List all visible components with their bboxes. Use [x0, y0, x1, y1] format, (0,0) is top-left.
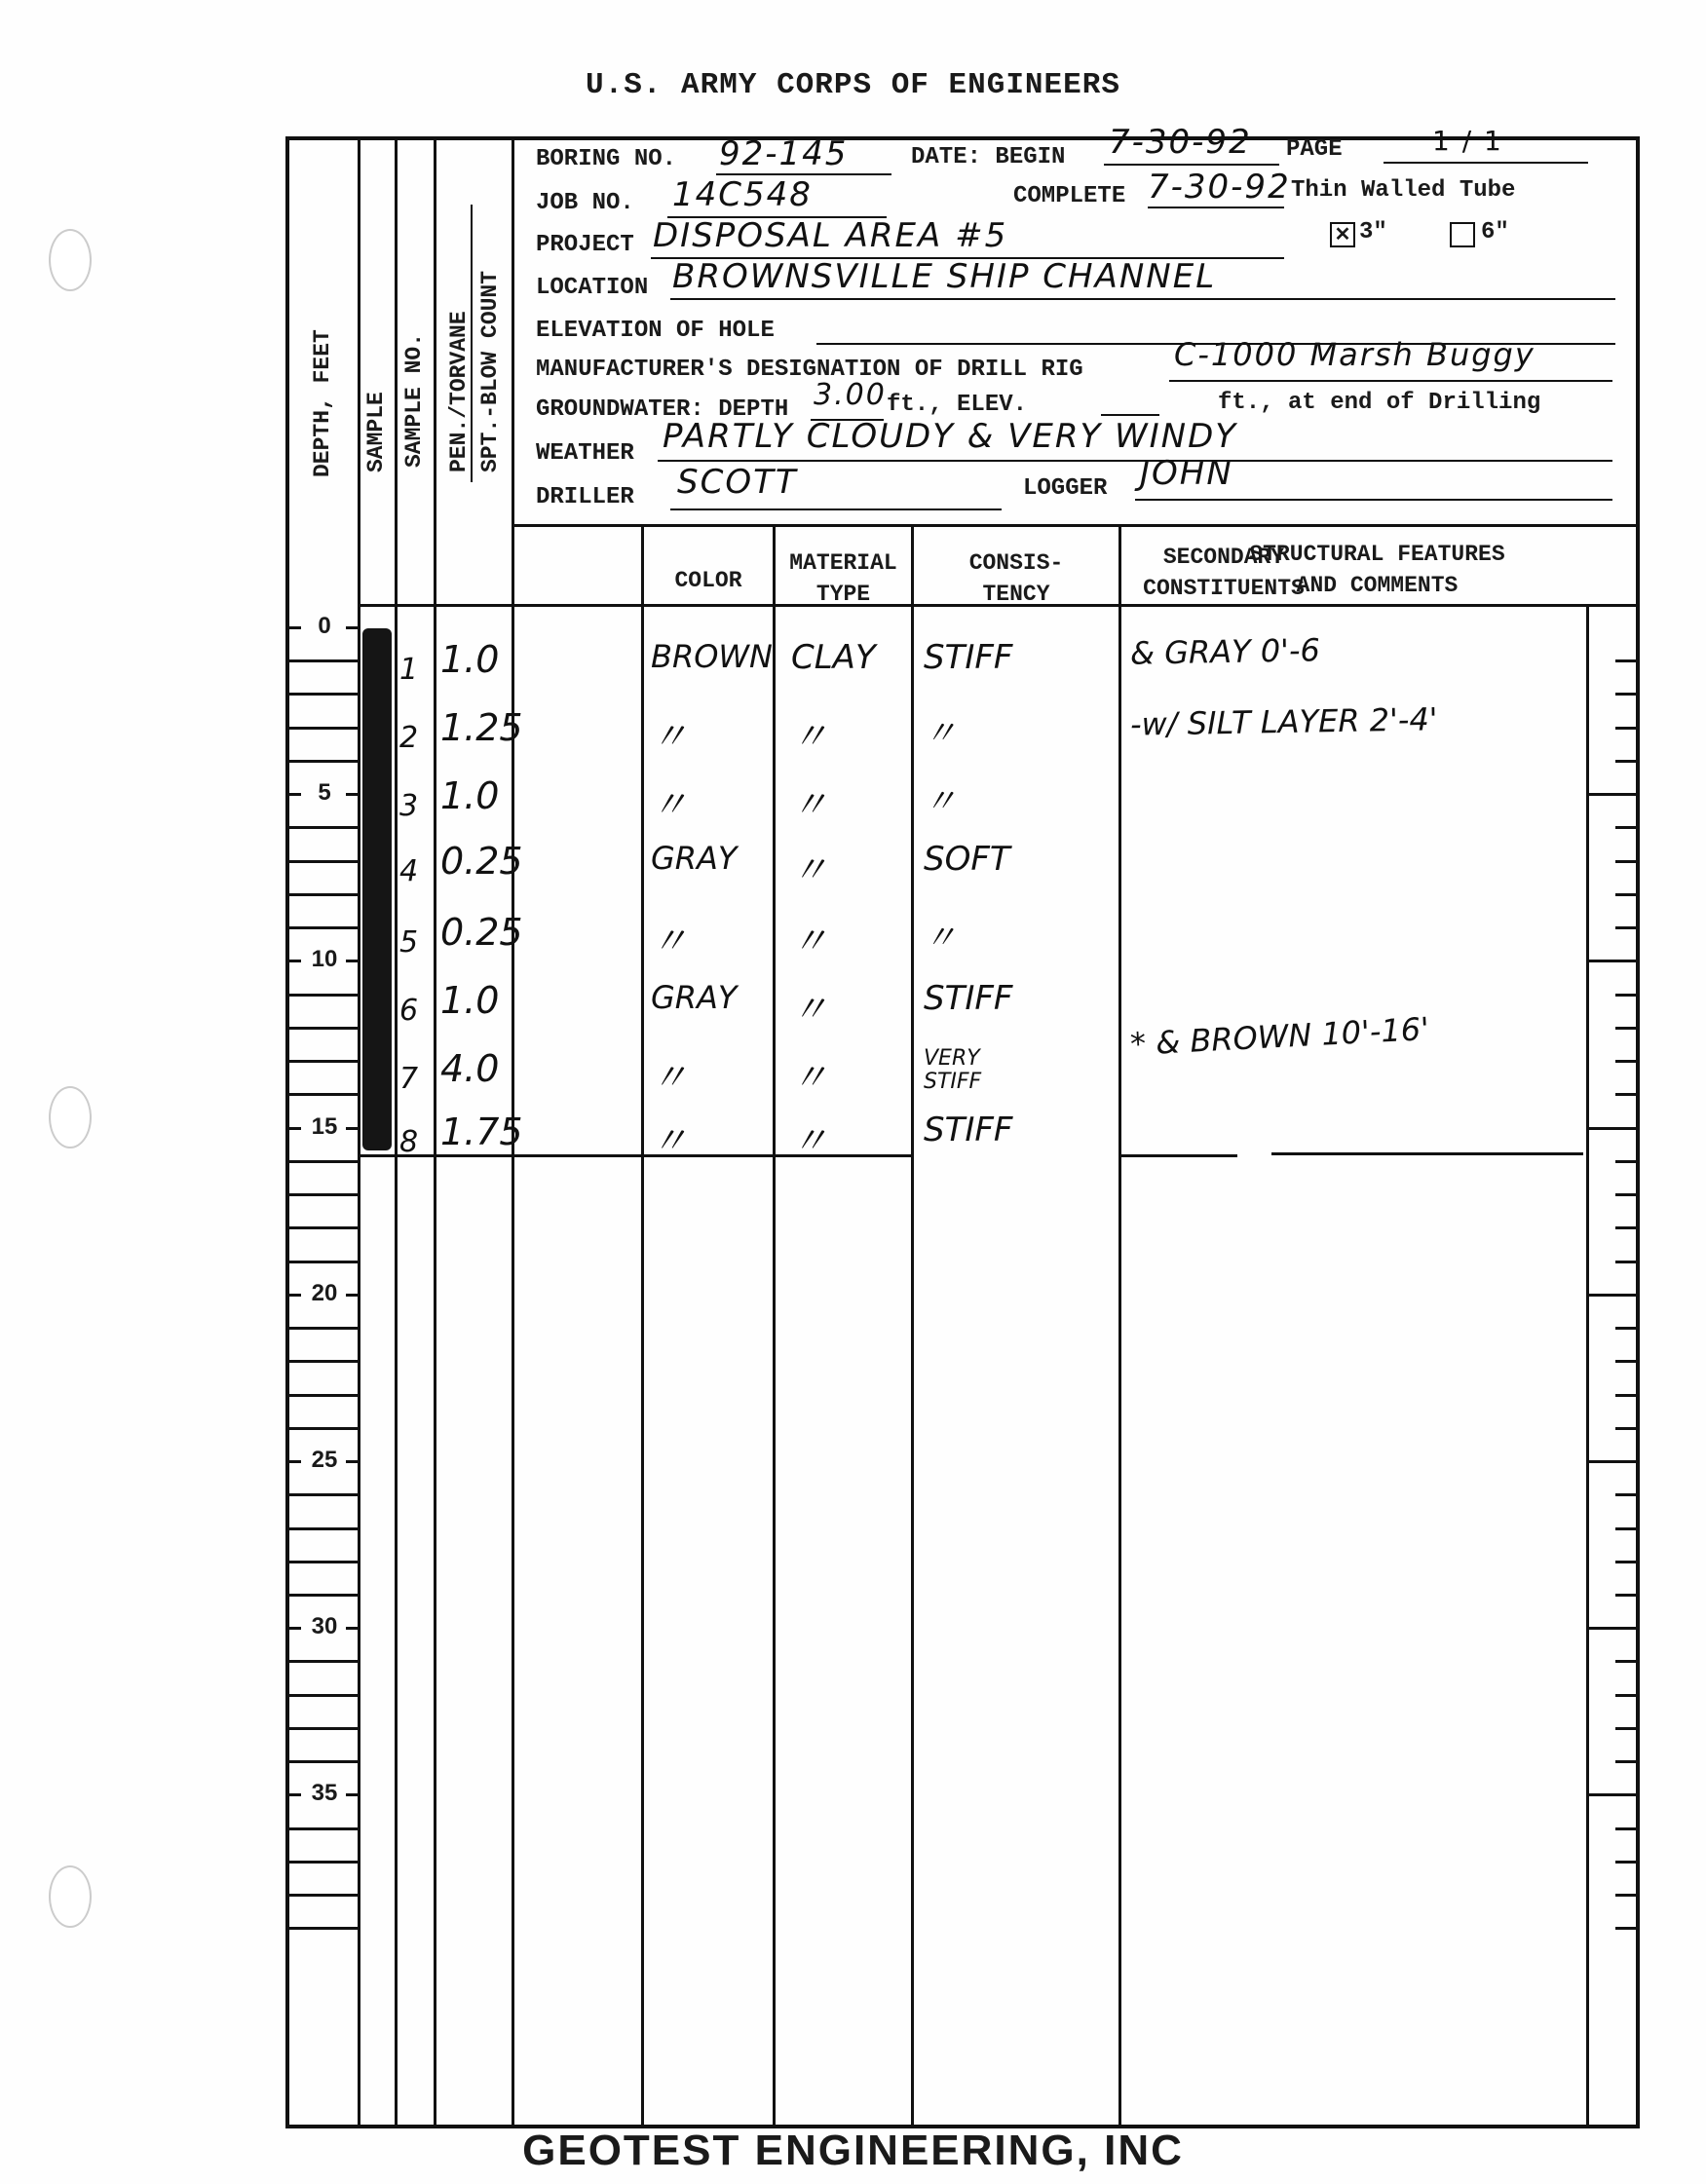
material-value: 〃: [791, 706, 828, 760]
right-scale-tick: [1615, 826, 1637, 829]
col-header-consistency: CONSIS-TENCY: [914, 547, 1118, 610]
right-scale-tick: [1615, 1193, 1637, 1196]
pen-value: 1.0: [440, 979, 499, 1022]
tick-mark: [346, 1460, 358, 1463]
tick-mark: [289, 960, 301, 962]
consistency-value: 〃: [924, 774, 957, 822]
fraction-bar: [471, 205, 473, 482]
weather-value[interactable]: PARTLY CLOUDY & VERY WINDY: [663, 417, 1237, 456]
material-value: 〃: [791, 1111, 828, 1164]
right-scale-tick: [1615, 1226, 1637, 1229]
thin-walled-tube-label: Thin Walled Tube: [1291, 177, 1515, 204]
tick-mark: [289, 1460, 301, 1463]
sample-no: 1: [399, 653, 418, 687]
depth-gridline: [289, 826, 358, 829]
color-value: 〃: [651, 706, 688, 760]
depth-gridline: [289, 693, 358, 696]
depth-gridline: [289, 1760, 358, 1763]
depth-gridline: [289, 1261, 358, 1263]
depth-gridline: [289, 1493, 358, 1496]
page-value[interactable]: 1 / 1: [1432, 125, 1503, 157]
right-scale-tick: [1615, 1327, 1637, 1330]
depth-gridline: [289, 1093, 358, 1096]
structural-comment: -w/ SILT LAYER 2'-4': [1130, 700, 1438, 743]
col-header-line: TYPE: [776, 579, 911, 610]
tick-mark: [289, 1127, 301, 1130]
binder-hole: [49, 1086, 92, 1148]
col-divider: [395, 138, 398, 2126]
right-scale-tick: [1615, 1493, 1637, 1496]
right-scale-tick: [1588, 793, 1637, 796]
depth-gridline: [289, 926, 358, 929]
consistency-value: VERY STIFF: [924, 1047, 1041, 1094]
depth-gridline: [289, 727, 358, 730]
boring-no-value[interactable]: 92-145: [719, 134, 848, 173]
col-divider: [358, 138, 360, 2126]
depth-gridline: [289, 1660, 358, 1663]
groundwater-depth-value[interactable]: 3.00: [814, 378, 887, 412]
right-scale-tick: [1615, 659, 1637, 662]
depth-tick-label: 20: [305, 1280, 344, 1307]
underline: [1104, 164, 1279, 166]
location-label: LOCATION: [536, 275, 648, 301]
right-scale-tick: [1615, 994, 1637, 997]
underline: [1135, 499, 1612, 501]
depth-gridline: [289, 1894, 358, 1897]
depth-tick-label: 0: [305, 613, 344, 640]
depth-gridline: [289, 1694, 358, 1697]
depth-gridline: [289, 893, 358, 896]
col-header-color: COLOR: [644, 565, 773, 596]
sample-no: 2: [399, 721, 418, 755]
consistency-value: STIFF: [924, 979, 1013, 1018]
consistency-value: STIFF: [924, 1111, 1013, 1149]
depth-tick-label: 5: [305, 779, 344, 807]
material-value: CLAY: [791, 638, 876, 677]
col-divider: [641, 526, 644, 2126]
tick-mark: [346, 960, 358, 962]
underline: [670, 508, 1002, 510]
tick-mark: [346, 1127, 358, 1130]
right-scale-tick: [1615, 1861, 1637, 1864]
boring-end-line: [1271, 1152, 1583, 1155]
material-value: 〃: [791, 774, 828, 828]
tick-mark: [289, 793, 301, 796]
project-value[interactable]: DISPOSAL AREA #5: [653, 216, 1007, 255]
pen-value: 0.25: [440, 911, 523, 954]
tick-mark: [346, 1793, 358, 1796]
color-value: BROWN: [651, 638, 773, 675]
job-no-value[interactable]: 14C548: [672, 175, 813, 214]
right-scale-tick: [1615, 1660, 1637, 1663]
col-header-sample: SAMPLE: [363, 365, 389, 472]
color-value: 〃: [651, 1111, 688, 1164]
color-value: 〃: [651, 1047, 688, 1101]
weather-label: WEATHER: [536, 440, 634, 467]
right-scale-tick: [1615, 1594, 1637, 1597]
pen-value: 1.0: [440, 774, 499, 817]
company-footer: GEOTEST ENGINEERING, INC: [0, 2127, 1706, 2184]
depth-gridline: [289, 1327, 358, 1330]
boring-end-line: [358, 1154, 913, 1157]
right-scale-tick: [1615, 1527, 1637, 1530]
material-value: 〃: [791, 911, 828, 964]
tick-mark: [289, 1793, 301, 1796]
right-scale-tick: [1615, 926, 1637, 929]
tick-mark: [289, 1294, 301, 1297]
logger-label: LOGGER: [1023, 475, 1107, 502]
document-title: U.S. ARMY CORPS OF ENGINEERS: [0, 68, 1706, 102]
right-scale-tick: [1588, 1793, 1637, 1796]
tube-3in-label: 3": [1359, 219, 1387, 245]
right-scale-tick: [1615, 760, 1637, 763]
tick-mark: [289, 1627, 301, 1630]
tube-6in-label: 6": [1481, 219, 1509, 245]
right-scale-tick: [1615, 860, 1637, 863]
depth-gridline: [289, 1226, 358, 1229]
drill-rig-label: MANUFACTURER'S DESIGNATION OF DRILL RIG: [536, 357, 1083, 383]
col-header-structural: STRUCTURAL FEATURESAND COMMENTS: [1121, 539, 1633, 601]
depth-tick-label: 10: [305, 946, 344, 973]
right-scale-tick: [1615, 1927, 1637, 1930]
sample-no: 7: [399, 1062, 418, 1096]
driller-label: DRILLER: [536, 484, 634, 510]
right-scale-tick: [1615, 1060, 1637, 1063]
right-scale-tick: [1615, 1427, 1637, 1430]
project-label: PROJECT: [536, 232, 634, 258]
drill-rig-value[interactable]: C-1000 Marsh Buggy: [1174, 336, 1535, 373]
tube-3in-checkbox[interactable]: ✕: [1330, 222, 1355, 247]
col-header-spt-blow-count: SPT.-BLOW COUNT: [477, 214, 503, 472]
page-label: PAGE: [1286, 136, 1343, 163]
right-scale-tick: [1615, 727, 1637, 730]
col-header-sample-no: SAMPLE NO.: [401, 312, 427, 468]
material-value: 〃: [791, 1047, 828, 1101]
underline: [1169, 380, 1612, 382]
depth-tick-label: 15: [305, 1113, 344, 1141]
depth-gridline: [289, 1427, 358, 1430]
right-scale-tick: [1615, 893, 1637, 896]
consistency-value: 〃: [924, 706, 957, 754]
color-value: 〃: [651, 774, 688, 828]
color-value: GRAY: [651, 840, 737, 877]
col-divider: [1586, 606, 1589, 2126]
right-scale-tick: [1615, 1694, 1637, 1697]
consistency-value: STIFF: [924, 638, 1013, 677]
tick-mark: [346, 1294, 358, 1297]
material-value: 〃: [791, 979, 828, 1033]
pen-value: 4.0: [440, 1047, 499, 1090]
col-header-line: TENCY: [914, 579, 1118, 610]
sample-no: 6: [399, 994, 418, 1028]
col-divider: [911, 526, 914, 2126]
col-header-line: STRUCTURAL FEATURES: [1121, 539, 1633, 570]
col-header-material: MATERIALTYPE: [776, 547, 911, 610]
right-scale-tick: [1615, 1261, 1637, 1263]
col-header-line: MATERIAL: [776, 547, 911, 579]
depth-gridline: [289, 1927, 358, 1930]
depth-gridline: [289, 1160, 358, 1163]
right-scale-tick: [1615, 1827, 1637, 1830]
groundwater-elev-label: ft., ELEV.: [887, 392, 1027, 418]
right-scale-tick: [1588, 1294, 1637, 1297]
color-value: GRAY: [651, 979, 737, 1016]
location-value[interactable]: BROWNSVILLE SHIP CHANNEL: [672, 257, 1216, 296]
divider: [512, 524, 1637, 527]
underline: [670, 298, 1615, 300]
right-scale-tick: [1615, 1394, 1637, 1397]
pen-value: 1.25: [440, 706, 523, 749]
tube-6in-checkbox[interactable]: [1450, 222, 1475, 247]
groundwater-elev-field: [1101, 414, 1159, 416]
right-scale-tick: [1588, 1627, 1637, 1630]
depth-gridline: [289, 1027, 358, 1030]
elevation-label: ELEVATION OF HOLE: [536, 318, 775, 344]
right-scale-tick: [1615, 1760, 1637, 1763]
structural-comment: & GRAY 0'-6: [1130, 631, 1320, 671]
tick-mark: [289, 626, 301, 629]
job-no-label: JOB NO.: [536, 190, 634, 216]
right-scale-tick: [1615, 1160, 1637, 1163]
date-begin-value[interactable]: 7-30-92: [1109, 123, 1252, 162]
depth-gridline: [289, 1060, 358, 1063]
depth-gridline: [289, 760, 358, 763]
sample-no: 5: [399, 925, 418, 960]
right-scale-tick: [1588, 1460, 1637, 1463]
sample-no: 4: [399, 854, 418, 888]
col-header-line: AND COMMENTS: [1121, 570, 1633, 601]
underline: [658, 460, 1612, 462]
right-scale-tick: [1615, 693, 1637, 696]
depth-gridline: [289, 1561, 358, 1563]
depth-gridline: [289, 1827, 358, 1830]
depth-tick-label: 35: [305, 1780, 344, 1807]
col-divider: [1118, 526, 1121, 2126]
depth-gridline: [289, 1394, 358, 1397]
date-begin-label: DATE: BEGIN: [911, 144, 1065, 170]
right-scale-tick: [1615, 1360, 1637, 1363]
date-complete-label: COMPLETE: [1013, 183, 1125, 209]
col-header-pen-torvane: PEN./TORVANE: [446, 268, 472, 472]
underline: [1384, 162, 1588, 164]
tick-mark: [346, 1627, 358, 1630]
depth-gridline: [289, 1360, 358, 1363]
tick-mark: [346, 626, 358, 629]
depth-gridline: [289, 1727, 358, 1730]
binder-hole: [49, 1865, 92, 1928]
sampled-interval-bar: [362, 628, 392, 1150]
depth-gridline: [289, 1527, 358, 1530]
binder-hole: [49, 229, 92, 291]
right-scale-tick: [1615, 1894, 1637, 1897]
color-value: 〃: [651, 911, 688, 964]
right-scale-tick: [1588, 960, 1637, 962]
pen-value: 0.25: [440, 840, 523, 883]
material-value: 〃: [791, 840, 828, 893]
driller-value[interactable]: SCOTT: [677, 463, 798, 502]
col-divider: [773, 526, 776, 2126]
depth-gridline: [289, 994, 358, 997]
pen-value: 1.0: [440, 638, 499, 681]
right-scale-tick: [1615, 1727, 1637, 1730]
depth-gridline: [289, 659, 358, 662]
underline: [1148, 207, 1284, 208]
col-divider: [434, 138, 436, 2126]
depth-gridline: [289, 1193, 358, 1196]
depth-gridline: [289, 860, 358, 863]
sample-no: 3: [399, 789, 418, 823]
groundwater-end-label: ft., at end of Drilling: [1218, 390, 1540, 416]
depth-gridline: [289, 1861, 358, 1864]
boring-no-label: BORING NO.: [536, 146, 676, 172]
depth-tick-label: 30: [305, 1613, 344, 1640]
depth-gridline: [289, 1594, 358, 1597]
right-scale-tick: [1588, 1127, 1637, 1130]
consistency-value: SOFT: [924, 840, 1010, 879]
boring-end-line: [1120, 1154, 1237, 1157]
right-scale-tick: [1615, 1093, 1637, 1096]
tick-mark: [346, 793, 358, 796]
pen-value: 1.75: [440, 1111, 523, 1153]
right-scale-tick: [1615, 1561, 1637, 1563]
logger-value[interactable]: JOHN: [1140, 454, 1233, 493]
right-scale-tick: [1615, 1027, 1637, 1030]
col-header-depth: DEPTH, FEET: [310, 282, 335, 477]
depth-tick-label: 25: [305, 1447, 344, 1474]
col-header-line: CONSIS-: [914, 547, 1118, 579]
sample-no: 8: [399, 1125, 418, 1159]
consistency-value: 〃: [924, 911, 957, 959]
date-complete-value[interactable]: 7-30-92: [1148, 168, 1291, 207]
